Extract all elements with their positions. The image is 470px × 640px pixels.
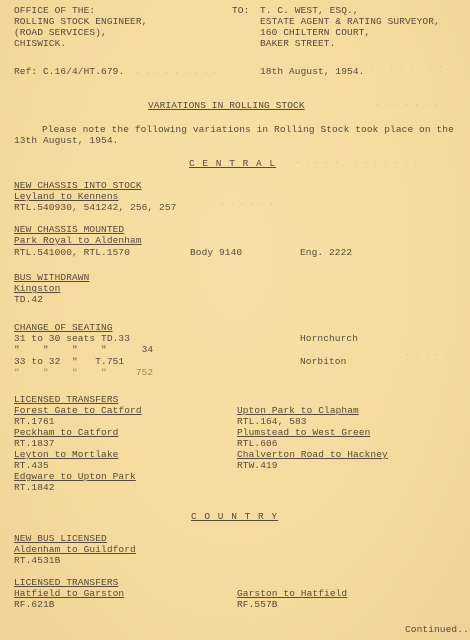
- vehicle-numbers: RF.621B: [14, 599, 55, 610]
- to-line: ESTATE AGENT & RATING SURVEYOR,: [260, 16, 440, 27]
- garage: Kingston: [14, 283, 60, 294]
- route: Hatfield to Garston: [14, 588, 124, 599]
- route: Garston to Hatfield: [237, 588, 347, 599]
- route: Edgware to Upton Park: [14, 471, 136, 482]
- continued-note: Continued..: [405, 624, 469, 635]
- vehicle-numbers: RTL.541000, RTL.1570: [14, 247, 130, 258]
- bleed-through-mark: . . . . . . . . . . . . .: [295, 156, 418, 167]
- subheading: LICENSED TRANSFERS: [14, 577, 118, 588]
- subheading: LICENSED TRANSFERS: [14, 394, 118, 405]
- route: Peckham to Catford: [14, 427, 118, 438]
- seating-row: " " " " 34: [14, 344, 153, 355]
- letter-date: 18th August, 1954.: [260, 66, 364, 77]
- seating-row: " " " " 752: [14, 367, 153, 378]
- seating-location: Norbiton: [300, 356, 346, 367]
- route: Leyton to Mortlake: [14, 449, 118, 460]
- bleed-through-mark: . . . . . . . . .: [135, 66, 218, 77]
- subheading: BUS WITHDRAWN: [14, 272, 89, 283]
- section-heading-country: C O U N T R Y: [191, 511, 278, 522]
- section-heading-central: C E N T R A L: [189, 158, 276, 169]
- vehicle-numbers: RT.1842: [14, 482, 55, 493]
- bleed-through-mark: . . . . . . . . .: [360, 60, 443, 71]
- route: Forest Gate to Catford: [14, 405, 142, 416]
- vehicle-numbers: RTL.606: [237, 438, 278, 449]
- vehicle-numbers: RT.1837: [14, 438, 55, 449]
- intro-text: 13th August, 1954.: [14, 135, 118, 146]
- seating-location: Hornchurch: [300, 333, 358, 344]
- engine-number: Eng. 2222: [300, 247, 352, 258]
- vehicle-numbers: RF.557B: [237, 599, 278, 610]
- vehicle-numbers: RTW.419: [237, 460, 278, 471]
- subheading: NEW CHASSIS INTO STOCK: [14, 180, 142, 191]
- from-line: CHISWICK.: [14, 38, 66, 49]
- body-number: Body 9140: [190, 247, 242, 258]
- subheading: CHANGE OF SEATING: [14, 322, 113, 333]
- vehicle-numbers: RT.1761: [14, 416, 55, 427]
- vehicle-numbers: RTL.164, 583: [237, 416, 307, 427]
- bleed-through-mark: . . . . .: [405, 348, 449, 359]
- from-line: (ROAD SERVICES),: [14, 27, 107, 38]
- to-line: BAKER STREET.: [260, 38, 335, 49]
- vehicle-numbers: RT.435: [14, 460, 49, 471]
- bleed-through-mark: . . . . . . . .: [375, 98, 449, 109]
- route: Plumstead to West Green: [237, 427, 370, 438]
- route: Leyland to Kennens: [14, 191, 118, 202]
- seating-row: 33 to 32 " T.751: [14, 356, 124, 367]
- seating-row: 31 to 30 seats TD.33: [14, 333, 130, 344]
- from-line: OFFICE OF THE:: [14, 5, 95, 16]
- bleed-through-mark: . . . . . .: [220, 198, 274, 209]
- vehicle-numbers: TD.42: [14, 294, 43, 305]
- intro-text: Please note the following variations in …: [42, 124, 454, 135]
- route: Park Royal to Aldenham: [14, 235, 142, 246]
- subheading: NEW BUS LICENSED: [14, 533, 107, 544]
- route: Upton Park to Clapham: [237, 405, 359, 416]
- document-title: VARIATIONS IN ROLLING STOCK: [148, 100, 305, 111]
- to-line: T. C. WEST, ESQ.,: [260, 5, 359, 16]
- from-line: ROLLING STOCK ENGINEER,: [14, 16, 147, 27]
- to-label: TO:: [232, 5, 249, 16]
- subheading: NEW CHASSIS MOUNTED: [14, 224, 124, 235]
- reference: Ref: C.16/4/HT.679.: [14, 66, 124, 77]
- vehicle-numbers: RTL.540930, 541242, 256, 257: [14, 202, 176, 213]
- route: Aldenham to Guildford: [14, 544, 136, 555]
- route: Chalverton Road to Hackney: [237, 449, 388, 460]
- vehicle-numbers: RT.4531B: [14, 555, 60, 566]
- document-page: OFFICE OF THE: ROLLING STOCK ENGINEER, (…: [0, 0, 470, 640]
- to-line: 160 CHILTERN COURT,: [260, 27, 370, 38]
